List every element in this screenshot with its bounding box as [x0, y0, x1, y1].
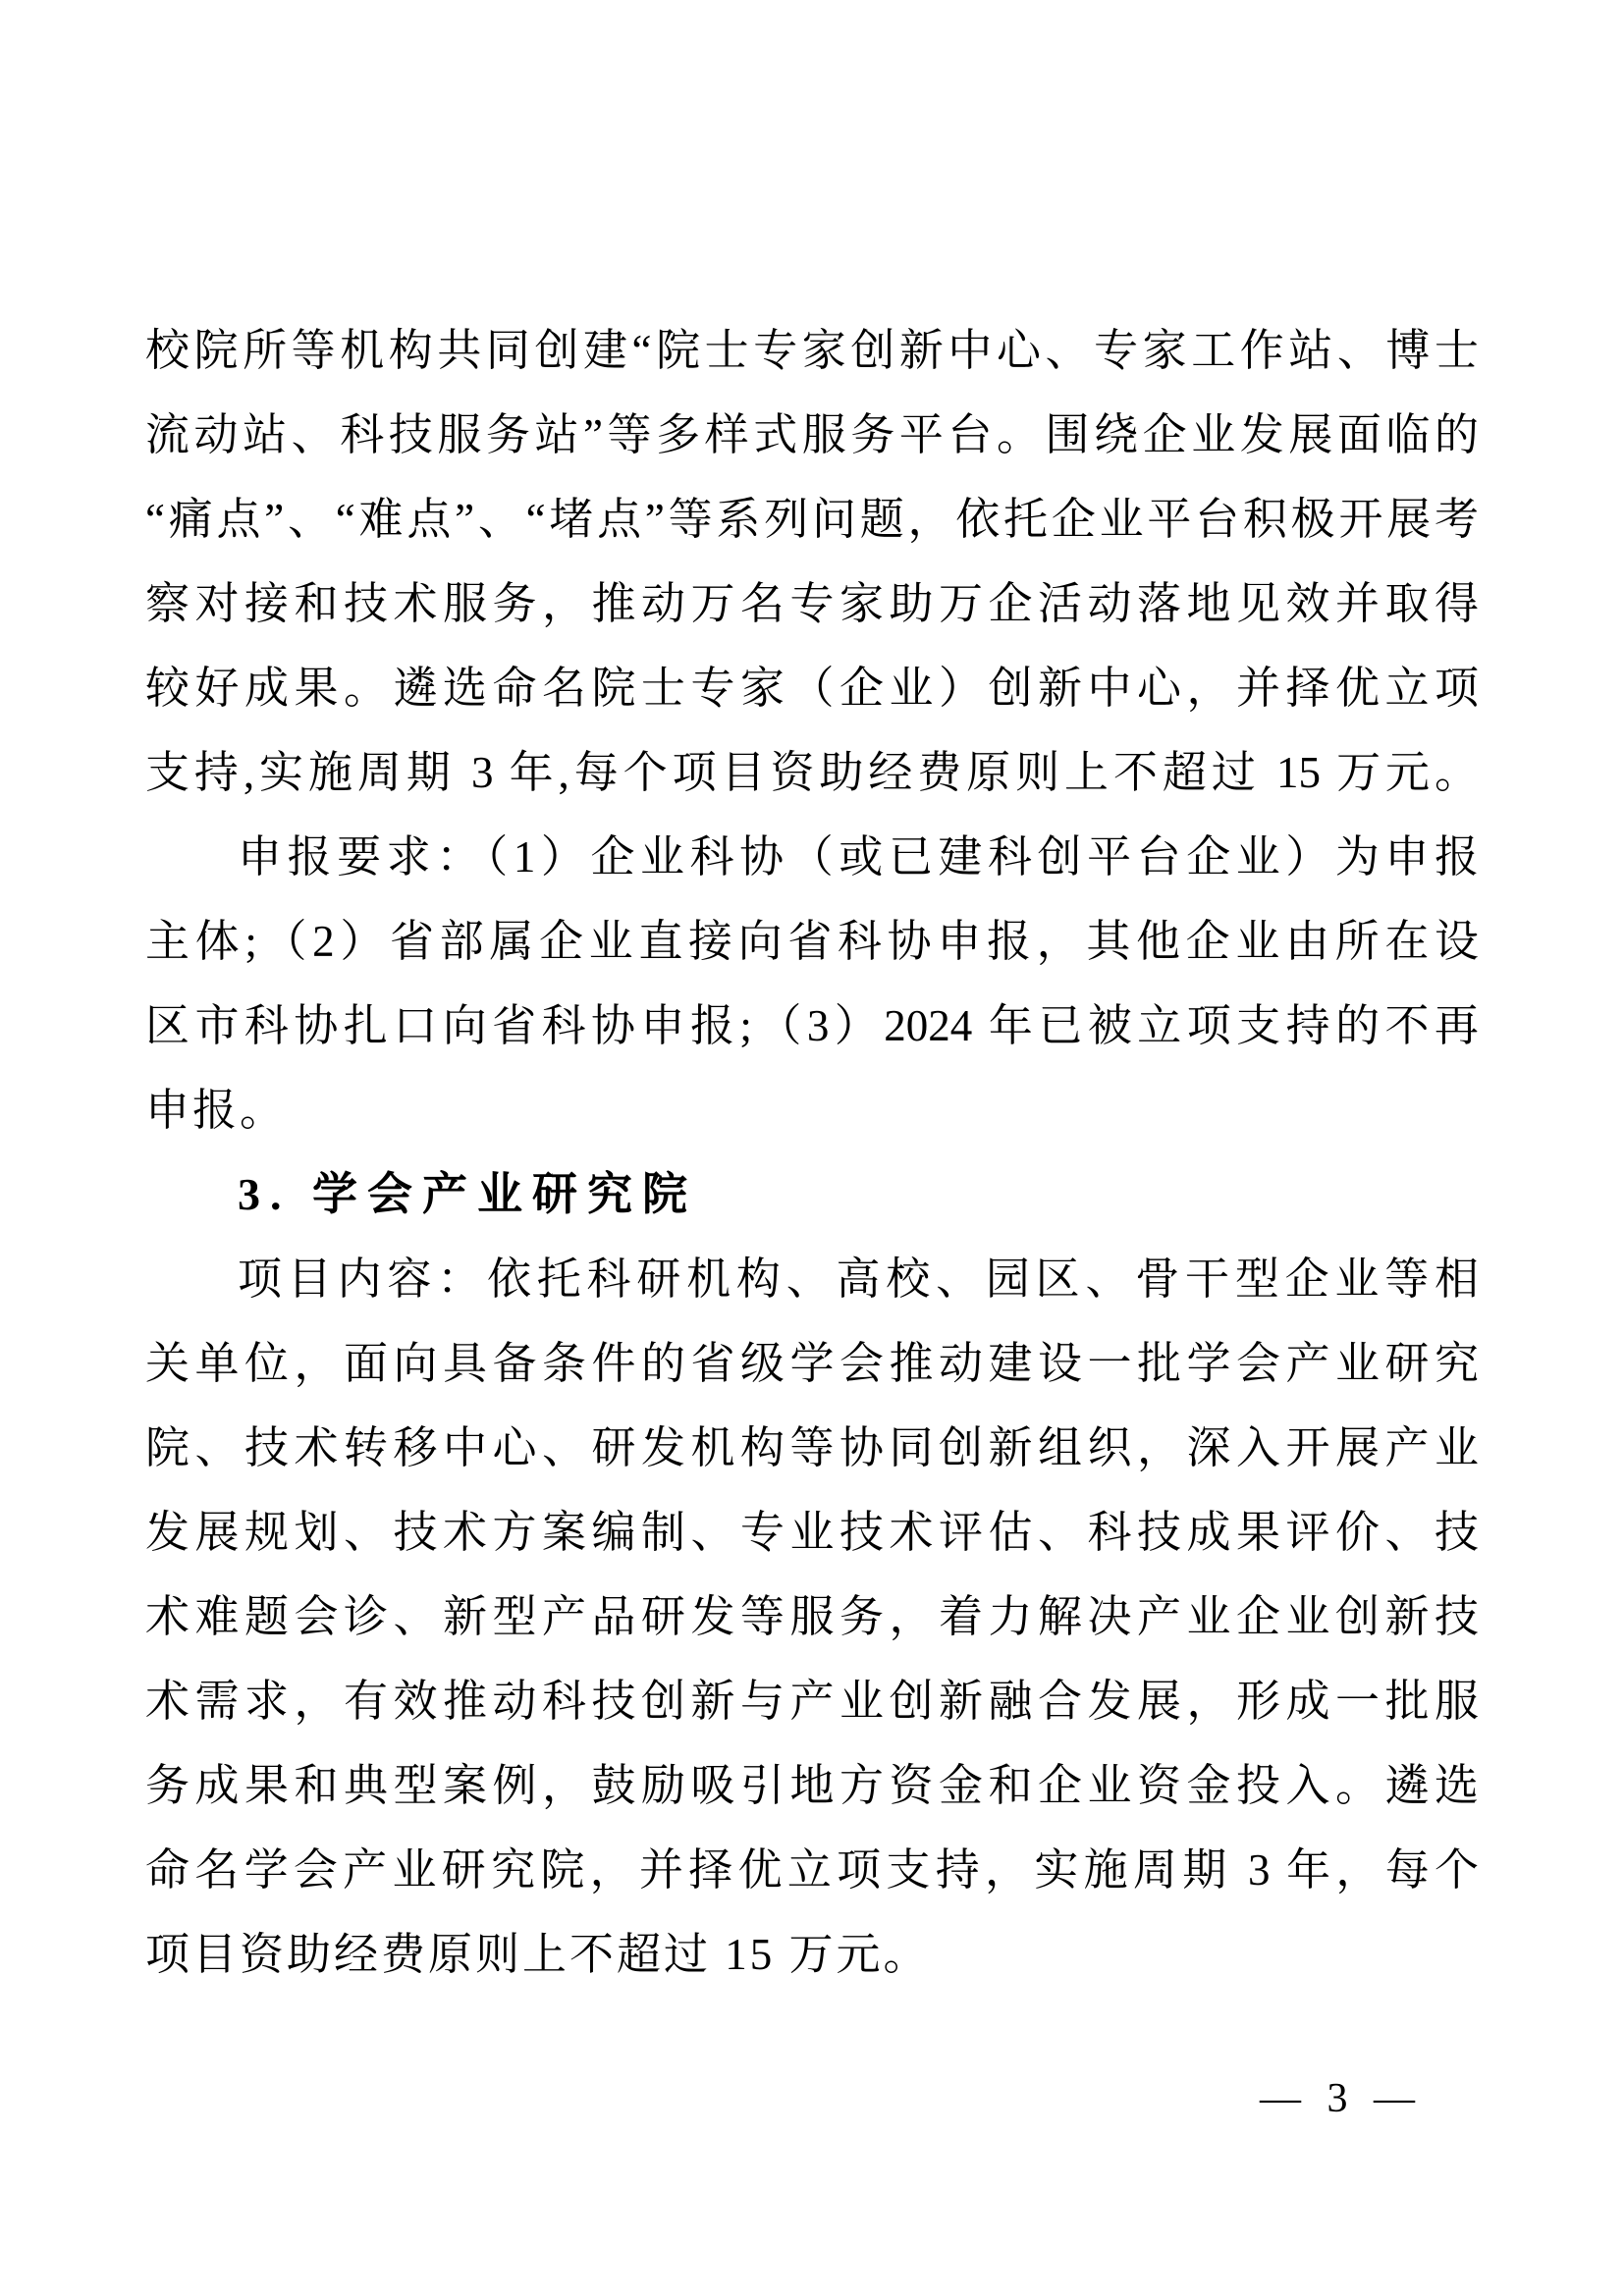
text-line: 申报要求：（1）企业科协（或已建科创平台企业）为申报	[145, 815, 1479, 899]
document-page: 校院所等机构共同创建“院士专家创新中心、专家工作站、博士 流动站、科技服务站”等…	[0, 0, 1624, 2296]
text-line: 较好成果。遴选命名院士专家（企业）创新中心，并择优立项	[145, 646, 1479, 730]
text-line: 申报。	[145, 1068, 1479, 1152]
text-line: 术难题会诊、新型产品研发等服务，着力解决产业企业创新技	[145, 1575, 1479, 1659]
text-line: 校院所等机构共同创建“院士专家创新中心、专家工作站、博士	[145, 308, 1479, 393]
text-line: “痛点”、“难点”、“堵点”等系列问题，依托企业平台积极开展考	[145, 477, 1479, 561]
text-line: 术需求，有效推动科技创新与产业创新融合发展，形成一批服	[145, 1659, 1479, 1743]
text-line: 察对接和技术服务，推动万名专家助万企活动落地见效并取得	[145, 561, 1479, 646]
section-heading: 3. 学会产业研究院	[145, 1152, 1479, 1237]
document-body: 校院所等机构共同创建“院士专家创新中心、专家工作站、博士 流动站、科技服务站”等…	[145, 308, 1479, 1997]
text-line: 命名学会产业研究院，并择优立项支持，实施周期 3 年，每个	[145, 1828, 1479, 1912]
text-line: 项目内容：依托科研机构、高校、园区、骨干型企业等相	[145, 1237, 1479, 1321]
text-line: 院、技术转移中心、研发机构等协同创新组织，深入开展产业	[145, 1406, 1479, 1490]
text-line: 支持,实施周期 3 年,每个项目资助经费原则上不超过 15 万元。	[145, 730, 1479, 815]
page-number: — 3 —	[1260, 2069, 1423, 2128]
text-line: 务成果和典型案例，鼓励吸引地方资金和企业资金投入。遴选	[145, 1743, 1479, 1828]
text-line: 区市科协扎口向省科协申报;（3）2024 年已被立项支持的不再	[145, 984, 1479, 1068]
text-line: 流动站、科技服务站”等多样式服务平台。围绕企业发展面临的	[145, 393, 1479, 477]
text-line: 项目资助经费原则上不超过 15 万元。	[145, 1912, 1479, 1997]
text-line: 主体;（2）省部属企业直接向省科协申报，其他企业由所在设	[145, 899, 1479, 984]
text-line: 关单位，面向具备条件的省级学会推动建设一批学会产业研究	[145, 1321, 1479, 1406]
text-line: 发展规划、技术方案编制、专业技术评估、科技成果评价、技	[145, 1490, 1479, 1575]
